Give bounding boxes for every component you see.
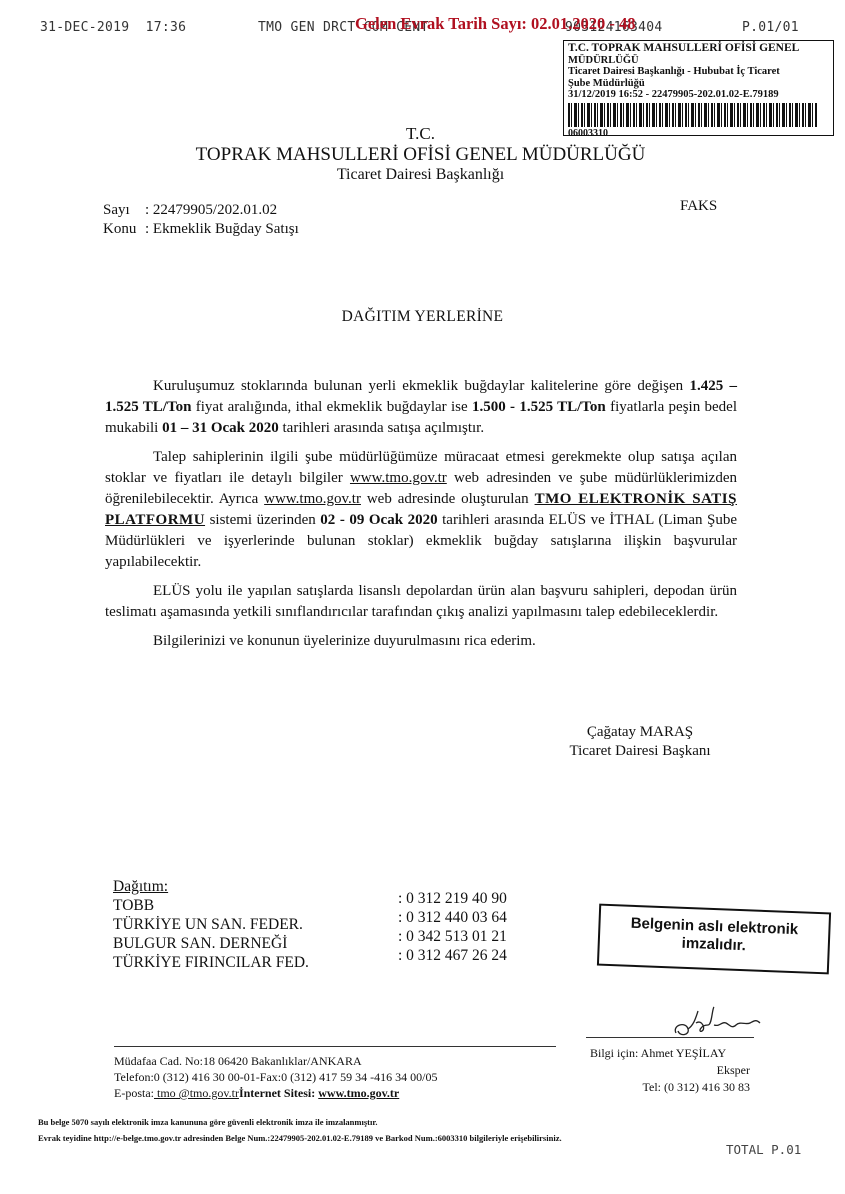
- signatory-block: Çağatay MARAŞ Ticaret Dairesi Başkanı: [555, 723, 725, 761]
- paragraph-2: Talep sahiplerinin ilgili şube müdürlüğü…: [105, 447, 737, 573]
- registry-line-1: T.C. TOPRAK MAHSULLERİ OFİSİ GENEL: [568, 43, 829, 55]
- reference-number: Sayı: 22479905/202.01.02: [103, 202, 277, 219]
- signatory-title: Ticaret Dairesi Başkanı: [555, 742, 725, 761]
- footer-address: Müdafaa Cad. No:18 06420 Bakanlıklar/ANK…: [114, 1053, 437, 1069]
- electronic-signature-stamp: Belgenin aslı elektronik imzalıdır.: [597, 904, 831, 975]
- tmo-website-link-2[interactable]: www.tmo.gov.tr: [264, 491, 361, 507]
- email-label: E-posta:: [114, 1086, 154, 1100]
- p2-text-c: web adresinde oluşturulan: [361, 491, 535, 507]
- document-type: FAKS: [680, 198, 717, 215]
- tmo-website-link[interactable]: www.tmo.gov.tr: [350, 470, 447, 486]
- fax-header: 31-DEC-2019 17:36: [40, 20, 186, 35]
- registry-line-5: 31/12/2019 16:52 - 22479905-202.01.02-E.…: [568, 89, 829, 101]
- legal-line-2: Evrak teyidine http://e-belge.tmo.gov.tr…: [38, 1130, 562, 1146]
- p1-text-g: tarihleri arasında satışa açılmıştır.: [279, 420, 484, 436]
- distribution-item: TÜRKİYE FIRINCILAR FED.: [113, 953, 309, 972]
- signatory-name: Çağatay MARAŞ: [555, 723, 725, 742]
- sayi-label: Sayı: [103, 202, 145, 219]
- letterhead-department: Ticaret Dairesi Başkanlığı: [0, 166, 843, 184]
- contact-person-block: Bilgi için: Ahmet YEŞİLAY Eksper Tel: (0…: [590, 1045, 750, 1096]
- application-period: 02 - 09 Ocak 2020: [320, 512, 437, 528]
- distribution-phone: : 0 312 467 26 24: [398, 946, 507, 965]
- barcode-icon: [568, 103, 818, 127]
- incoming-document-stamp: Gelen Evrak Tarih Sayı: 02.01.2020 - 48: [355, 14, 636, 34]
- distribution-title: Dağıtım:: [113, 877, 309, 896]
- contact-phone: Tel: (0 312) 416 30 83: [590, 1079, 750, 1096]
- registry-line-4: Şube Müdürlüğü: [568, 78, 829, 90]
- footer-contact-line: E-posta: tmo @tmo.gov.trİnternet Sitesi:…: [114, 1085, 437, 1101]
- konu-label: Konu: [103, 221, 145, 238]
- legal-line-1: Bu belge 5070 sayılı elektronik imza kan…: [38, 1114, 562, 1130]
- distribution-phone: : 0 312 219 40 90: [398, 889, 507, 908]
- fax-time: 17:36: [146, 20, 187, 35]
- p1-text-a: Kuruluşumuz stoklarında bulunan yerli ek…: [153, 378, 689, 394]
- fax-page: P.01/01: [742, 20, 799, 35]
- p1-text-c: fiyat aralığında, ithal ekmeklik buğdayl…: [191, 399, 472, 415]
- letterhead-organization: TOPRAK MAHSULLERİ OFİSİ GENEL MÜDÜRLÜĞÜ: [0, 144, 843, 166]
- letter-body: Kuruluşumuz stoklarında bulunan yerli ek…: [105, 376, 737, 660]
- website-label: İnternet Sitesi:: [239, 1086, 318, 1100]
- footer-address-block: Müdafaa Cad. No:18 06420 Bakanlıklar/ANK…: [114, 1053, 437, 1101]
- contact-person: Bilgi için: Ahmet YEŞİLAY: [590, 1045, 750, 1062]
- registry-line-3: Ticaret Dairesi Başkanlığı - Hububat İç …: [568, 66, 829, 78]
- fax-total-pages: TOTAL P.01: [726, 1142, 801, 1157]
- paragraph-3: ELÜS yolu ile yapılan satışlarda lisansl…: [105, 581, 737, 623]
- paragraph-4: Bilgilerinizi ve konunun üyelerinize duy…: [105, 631, 737, 652]
- p2-text-d: sistemi üzerinden: [205, 512, 320, 528]
- distribution-item: TÜRKİYE UN SAN. FEDER.: [113, 915, 309, 934]
- subject: Konu: Ekmeklik Buğday Satışı: [103, 221, 299, 238]
- konu-value: : Ekmeklik Buğday Satışı: [145, 221, 299, 237]
- distribution-phones: : 0 312 219 40 90 : 0 312 440 03 64 : 0 …: [398, 889, 507, 965]
- distribution-list: Dağıtım: TOBB TÜRKİYE UN SAN. FEDER. BUL…: [113, 877, 309, 972]
- legal-notice: Bu belge 5070 sayılı elektronik imza kan…: [38, 1114, 562, 1146]
- registry-line-2: MÜDÜRLÜĞÜ: [568, 55, 829, 67]
- footer-phone-fax: Telefon:0 (312) 416 30 00-01-Fax:0 (312)…: [114, 1069, 437, 1085]
- sayi-value: : 22479905/202.01.02: [145, 202, 277, 218]
- contact-role: Eksper: [590, 1062, 750, 1079]
- footer-divider-right: [586, 1037, 754, 1038]
- registry-box: T.C. TOPRAK MAHSULLERİ OFİSİ GENEL MÜDÜR…: [563, 40, 834, 136]
- distribution-item: TOBB: [113, 896, 309, 915]
- paragraph-1: Kuruluşumuz stoklarında bulunan yerli ek…: [105, 376, 737, 439]
- website-link[interactable]: www.tmo.gov.tr: [318, 1086, 399, 1100]
- recipient-heading: DAĞITIM YERLERİNE: [0, 308, 845, 326]
- distribution-phone: : 0 312 440 03 64: [398, 908, 507, 927]
- distribution-phone: : 0 342 513 01 21: [398, 927, 507, 946]
- distribution-item: BULGUR SAN. DERNEĞİ: [113, 934, 309, 953]
- fax-date: 31-DEC-2019: [40, 20, 129, 35]
- import-price-range: 1.500 - 1.525 TL/Ton: [472, 399, 606, 415]
- handwritten-initials-icon: [672, 1003, 772, 1039]
- sale-period: 01 – 31 Ocak 2020: [162, 420, 279, 436]
- email-link[interactable]: tmo @tmo.gov.tr: [154, 1086, 239, 1100]
- letterhead-country: T.C.: [0, 124, 843, 144]
- footer-divider: [114, 1046, 556, 1047]
